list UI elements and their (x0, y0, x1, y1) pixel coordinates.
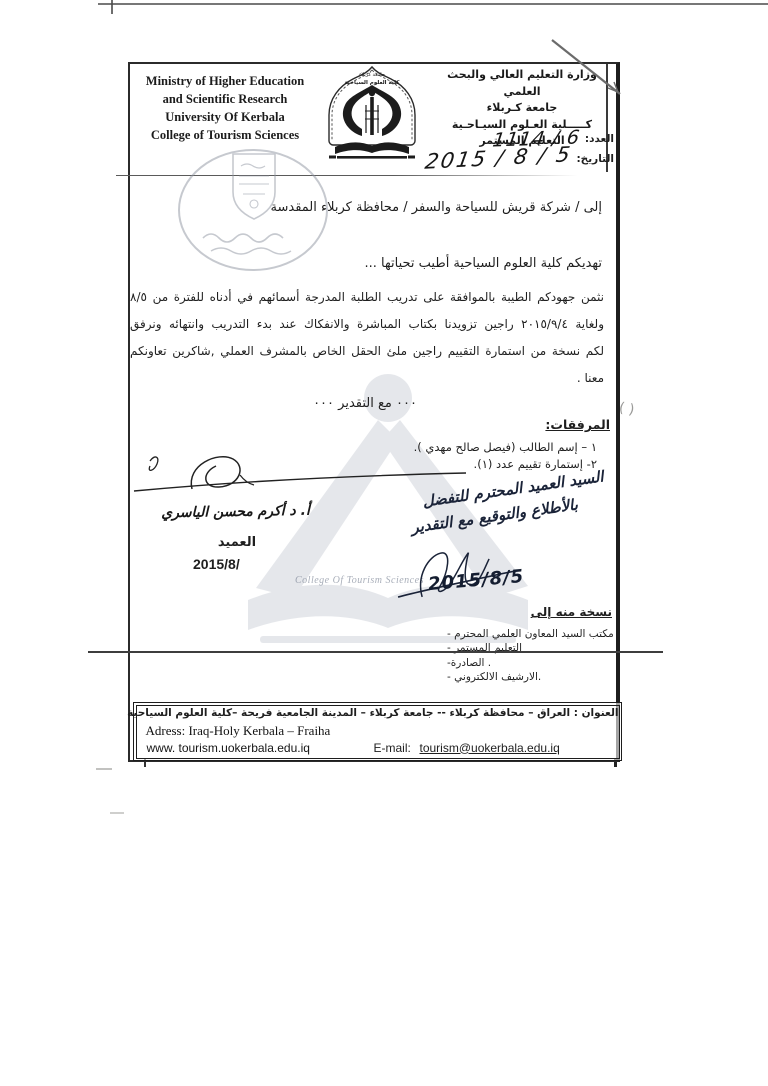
copy-to-title: نسخة منه إلى (531, 605, 612, 619)
fold-crease-line (88, 651, 663, 653)
greeting-line: تهديكم كلية العلوم السياحية أطيب تحياتها… (365, 256, 602, 271)
university-line-ar: جامعة كـربلاء (437, 100, 607, 117)
university-line: University Of Kerbala (134, 108, 316, 126)
address-arabic: العنوان : العراق – محافظة كربلاء -- جامع… (137, 707, 619, 719)
copy-item: - مكتب السيد المعاون العلمي المحترم . (447, 627, 627, 642)
dean-name: أ. د أكرم محسن الياسري (158, 503, 313, 522)
attachments-title: المرفقات: (545, 417, 610, 432)
website-text: www. tourism.uokerbala.edu.iq (147, 741, 310, 755)
address-english: Adress: Iraq-Holy Kerbala – Fraiha (146, 723, 331, 739)
closing-regards: ٠٠٠ مع التقدير ٠٠٠ (280, 396, 450, 411)
ministry-line-2: and Scientific Research (134, 90, 316, 108)
ministry-line-1: Ministry of Higher Education (134, 72, 316, 90)
scan-smudge (110, 812, 124, 814)
attachment-item: ٢- إستمارة تقييم عدد (١). (474, 457, 597, 471)
university-logo-icon: جامعة كربلاء كلية العلوم السياحية (317, 63, 427, 163)
footer-inner-border: العنوان : العراق – محافظة كربلاء -- جامع… (136, 705, 620, 759)
scanned-letter: Ministry of Higher Education and Scienti… (0, 0, 768, 1086)
copy-item: - التعليم المستمر (447, 641, 627, 656)
college-stamp-icon (175, 146, 330, 276)
date-label: التاريخ: (576, 153, 614, 165)
english-letterhead: Ministry of Higher Education and Scienti… (134, 72, 316, 144)
scan-edge-tick (111, 0, 113, 14)
email-text: tourism@uokerbala.edu.iq (420, 741, 560, 755)
letter-date-row: التاريخ: 2015 / 8 / 5 (422, 146, 614, 170)
date-handwritten-value: 2015 / 8 / 5 (424, 142, 574, 174)
paragraph-line: نثمن جهودكم الطيبة بالموافقة على تدريب ا… (130, 290, 604, 304)
logo-text-top: جامعة كربلاء (359, 72, 385, 78)
paragraph-line: ولغاية ٢٠١٥/٩/٤ راجين تزويدنا بكتاب المب… (130, 317, 604, 331)
footer-address-box: العنوان : العراق – محافظة كربلاء -- جامع… (133, 702, 622, 761)
copy-item: -الصادرة . (447, 656, 627, 671)
scan-edge-line (98, 3, 768, 5)
paragraph-line: معنا . (130, 371, 604, 385)
fold-line (548, 36, 628, 102)
scan-smudge (96, 768, 112, 770)
margin-parentheses-mark: ( ) (618, 400, 636, 418)
signature-date: 2015/8/ (193, 556, 240, 572)
dean-title: العميد (207, 535, 267, 550)
number-label: العدد: (585, 133, 614, 145)
copy-item: - الارشيف الالكتروني. (447, 670, 627, 685)
paragraph-line: لكم نسخة من استمارة التقييم راجين ملئ ال… (130, 344, 604, 358)
college-line: College of Tourism Sciences (134, 126, 316, 144)
email-label: E-mail: (374, 741, 411, 755)
logo-text-band: كلية العلوم السياحية (344, 79, 400, 86)
